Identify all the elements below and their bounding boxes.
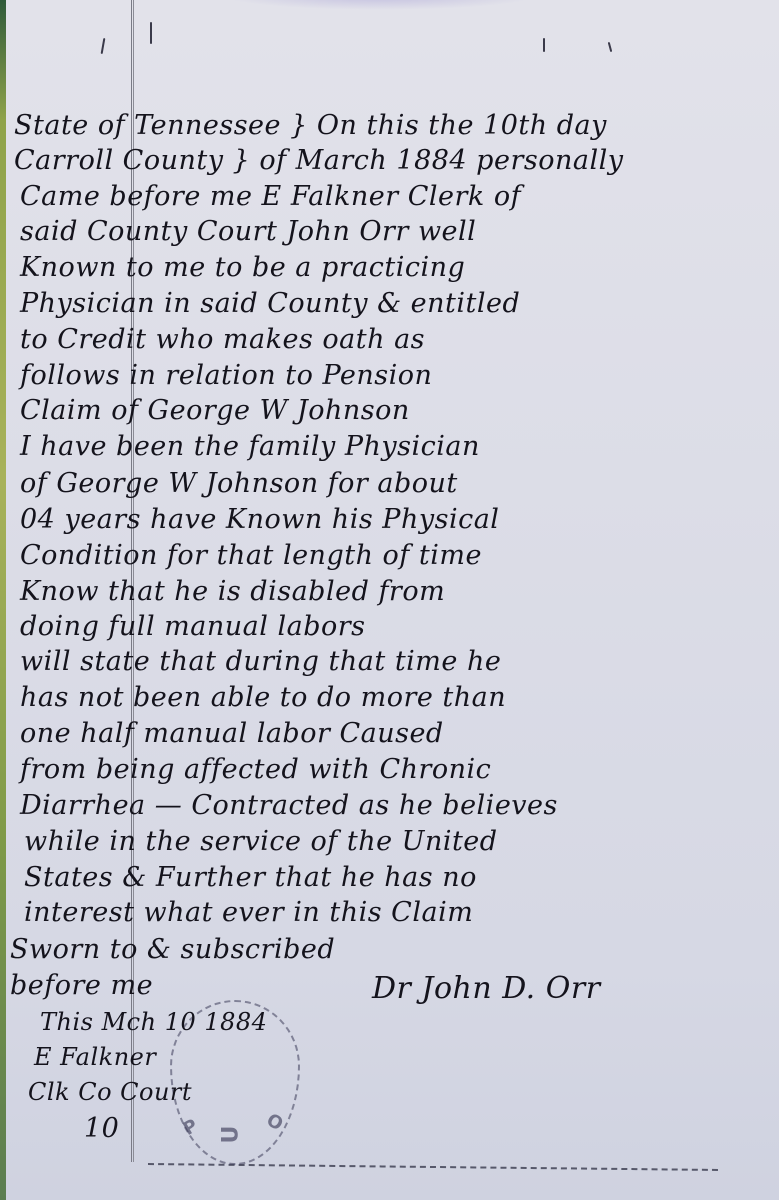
text-line: one half manual labor Caused — [20, 720, 444, 747]
document-page: P U O State of Tennessee } On this the 1… — [0, 0, 779, 1200]
text-line: interest what ever in this Claim — [24, 899, 473, 926]
clerk-title: Clk Co Court — [28, 1080, 192, 1104]
text-line: Know that he is disabled from — [20, 578, 445, 605]
text-line: to Credit who makes oath as — [20, 326, 425, 353]
text-line: Claim of George W Johnson — [20, 397, 410, 424]
signature: Dr John D. Orr — [372, 974, 601, 1004]
text-line: Condition for that length of time — [20, 542, 482, 569]
text-line: Sworn to & subscribed — [10, 936, 335, 963]
text-line: before me — [10, 972, 153, 999]
handwritten-body: State of Tennessee } On this the 10th da… — [0, 0, 779, 1200]
text-line: of George W Johnson for about — [20, 470, 458, 497]
text-line: Diarrhea — Contracted as he believes — [20, 792, 558, 819]
text-line: will state that during that time he — [20, 648, 501, 675]
text-line: 04 years have Known his Physical — [20, 506, 499, 533]
text-line: Physician in said County & entitled — [20, 290, 520, 317]
text-line: Carroll County } of March 1884 personall… — [14, 147, 623, 174]
attestation-date: This Mch 10 1884 — [40, 1010, 267, 1034]
text-line: States & Further that he has no — [24, 864, 477, 891]
text-line: while in the service of the United — [24, 828, 498, 855]
text-line: I have been the family Physician — [20, 433, 480, 460]
text-line: said County Court John Orr well — [20, 218, 476, 245]
text-line: Came before me E Falkner Clerk of — [20, 183, 521, 210]
text-line: State of Tennessee } On this the 10th da… — [14, 112, 607, 139]
clerk-name: E Falkner — [34, 1045, 156, 1069]
text-line: Known to me to be a practicing — [20, 254, 465, 281]
text-line: doing full manual labors — [20, 613, 366, 640]
text-line: follows in relation to Pension — [20, 362, 432, 389]
page-number: 10 — [84, 1115, 119, 1142]
text-line: from being affected with Chronic — [20, 756, 491, 783]
text-line: has not been able to do more than — [20, 684, 506, 711]
